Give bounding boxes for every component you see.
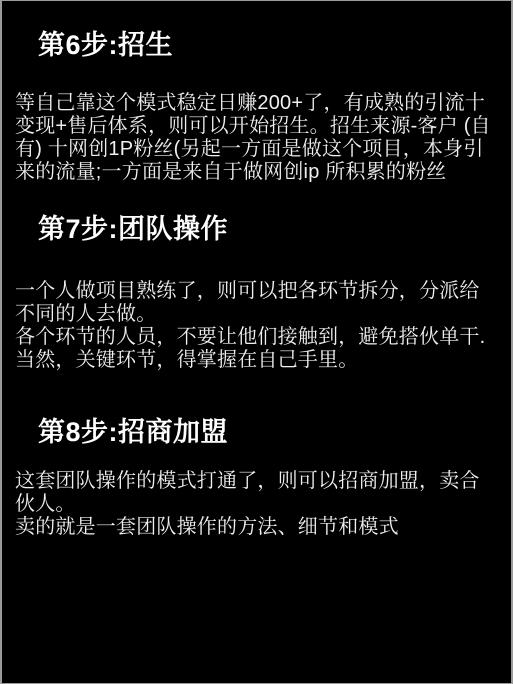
section-step8: 第8步:招商加盟 这套团队操作的模式打通了，则可以招商加盟，卖合 伙人。 卖的就… (2, 418, 511, 539)
step8-heading: 第8步:招商加盟 (38, 418, 511, 446)
body-line: 当然，关键环节，得掌握在自己手里。 (15, 349, 503, 372)
step6-heading: 第6步:招生 (38, 31, 511, 59)
body-line: 一个人做项目熟练了，则可以把各环节拆分，分派给 (15, 280, 503, 303)
body-line: 不同的人去做。 (15, 303, 503, 326)
body-line: 这套团队操作的模式打通了，则可以招商加盟，卖合 (15, 470, 503, 493)
body-line: 卖的就是一套团队操作的方法、细节和模式 (15, 516, 503, 539)
body-line: 有) 十网创1P粉丝(另起一方面是做这个项目，本身引 (15, 138, 503, 161)
step7-body: 一个人做项目熟练了，则可以把各环节拆分，分派给 不同的人去做。 各个环节的人员，… (15, 280, 503, 372)
step7-heading: 第7步:团队操作 (38, 215, 511, 243)
step6-body: 等自己靠这个模式稳定日赚200+了，有成熟的引流十 变现+售后体系，则可以开始招… (15, 92, 503, 184)
step8-body: 这套团队操作的模式打通了，则可以招商加盟，卖合 伙人。 卖的就是一套团队操作的方… (15, 470, 503, 539)
body-line: 变现+售后体系，则可以开始招生。招生来源-客户 (自 (15, 115, 503, 138)
body-line: 等自己靠这个模式稳定日赚200+了，有成熟的引流十 (15, 92, 503, 115)
body-line: 来的流量;一方面是来自于做网创ip 所积累的粉丝 (15, 161, 503, 184)
body-line: 各个环节的人员，不要让他们接触到，避免搭伙单干. (15, 326, 503, 349)
section-step6: 第6步:招生 等自己靠这个模式稳定日赚200+了，有成熟的引流十 变现+售后体系… (2, 31, 511, 184)
body-line: 伙人。 (15, 493, 503, 516)
slide-page: 第6步:招生 等自己靠这个模式稳定日赚200+了，有成熟的引流十 变现+售后体系… (0, 0, 513, 684)
section-step7: 第7步:团队操作 一个人做项目熟练了，则可以把各环节拆分，分派给 不同的人去做。… (2, 215, 511, 372)
